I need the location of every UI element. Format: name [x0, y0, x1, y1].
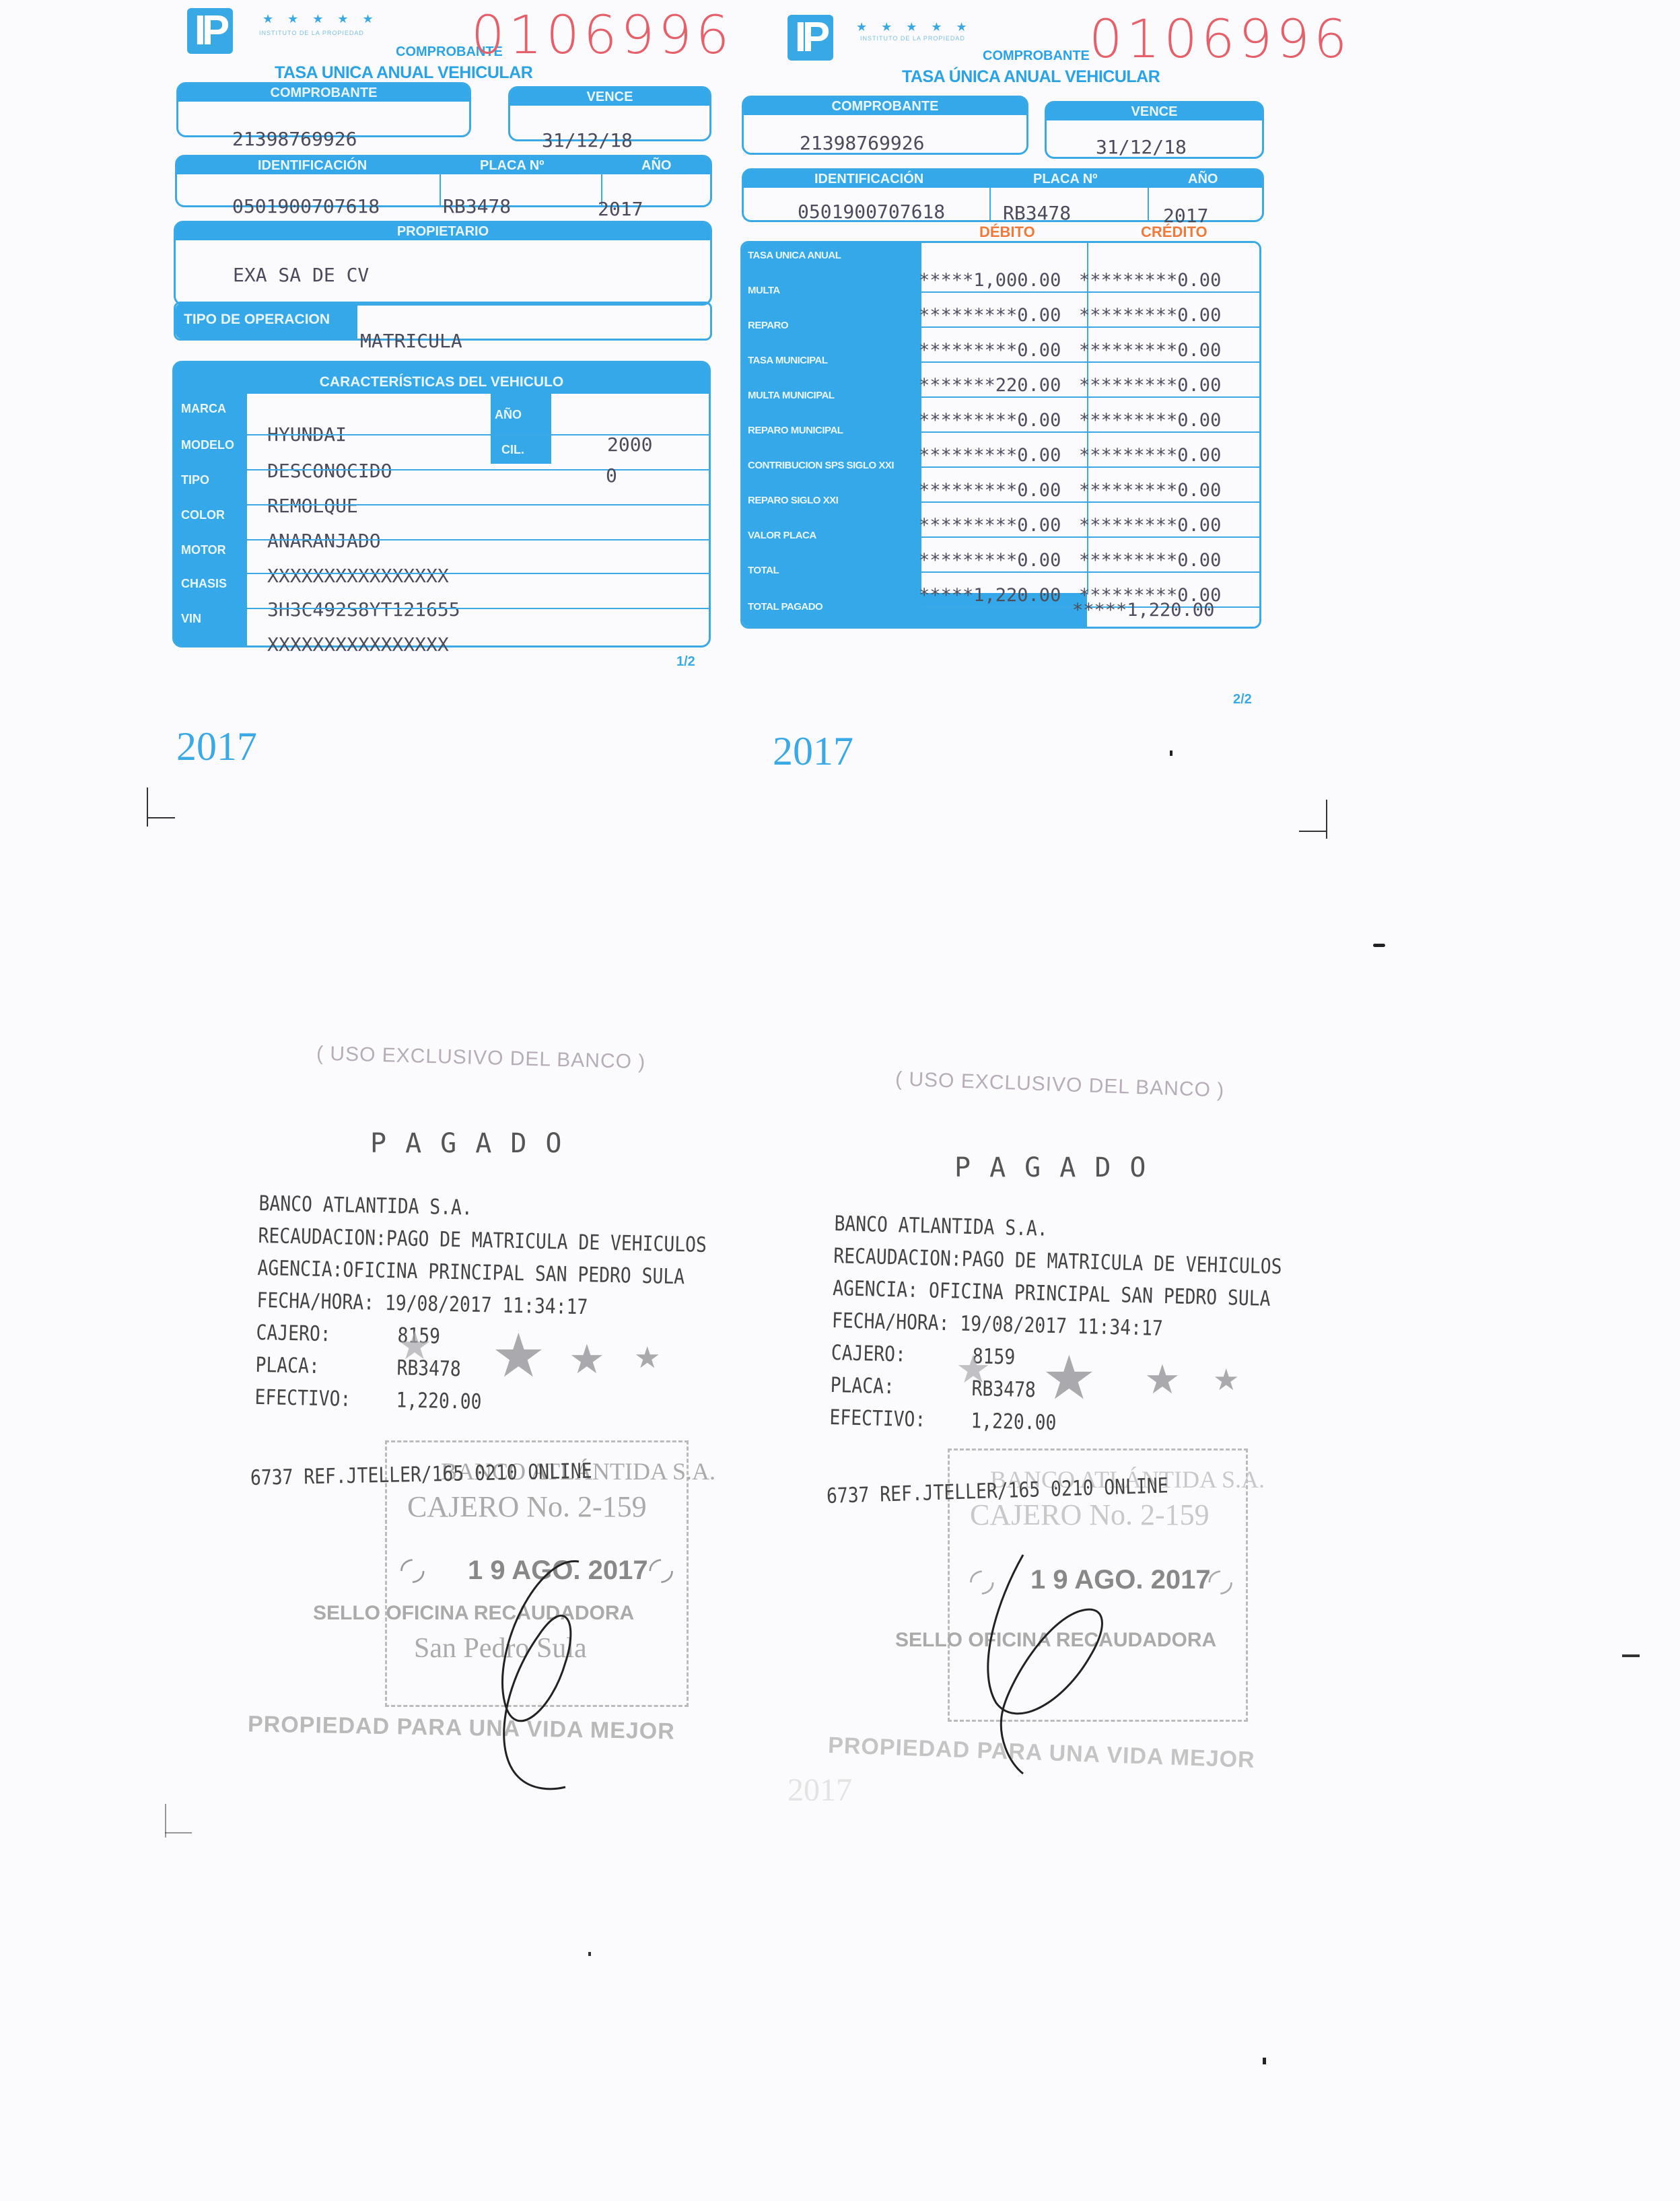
faded-year: 2017 [788, 1772, 852, 1809]
comprobante-box-label: COMPROBANTE [744, 98, 1026, 115]
fee-label: VALOR PLACA [748, 530, 816, 541]
placa-value: RB3478 [1003, 202, 1071, 224]
institution-stars-icon: ★ ★ ★ ★ ★ [262, 12, 379, 26]
fee-credito: *********0.00 [1079, 480, 1221, 501]
fee-credito: *********0.00 [1079, 410, 1221, 431]
fee-debito: *******220.00 [919, 375, 1061, 396]
stamp-cajero: CAJERO No. 2-159 [407, 1490, 647, 1524]
fee-debito: *********0.00 [919, 550, 1061, 571]
bank-field-label: CAJERO: [831, 1341, 906, 1367]
fee-debito: *********0.00 [919, 480, 1061, 501]
debito-header: DÉBITO [979, 223, 1035, 241]
tipo-operacion-label: TIPO DE OPERACION [184, 312, 330, 328]
form-title: TASA ÚNICA ANUAL VEHICULAR [902, 67, 1160, 87]
fee-label: CONTRIBUCION SPS SIGLO XXI [748, 460, 894, 471]
comprobante-value: 21398769926 [800, 132, 924, 154]
vence-value: 31/12/18 [1096, 136, 1187, 158]
comprobante-number: 0106996 [1089, 9, 1351, 70]
star-icon: ★ [1213, 1363, 1239, 1397]
institution-stars-icon: ★ ★ ★ ★ ★ [856, 20, 973, 34]
propietario-box: PROPIETARIO [174, 221, 712, 306]
fee-debito: *********0.00 [919, 515, 1061, 536]
comprobante-box-label: COMPROBANTE [178, 84, 469, 102]
caracteristicas-title: CARACTERÍSTICAS DEL VEHICULO [174, 363, 709, 394]
fee-label: TOTAL [748, 565, 779, 576]
fee-label: TASA UNICA ANUAL [748, 250, 841, 261]
char-label-marca: MARCA [174, 402, 250, 416]
page-number: 2/2 [1233, 692, 1252, 707]
stamp-logo-icon: ◜◞ [400, 1550, 425, 1586]
bank-line: FECHA/HORA: 19/08/2017 11:34:17 [256, 1288, 588, 1319]
total-pagado-label: TOTAL PAGADO [748, 601, 823, 613]
star-icon: ★ [634, 1341, 660, 1375]
signature [969, 1548, 1144, 1777]
propietario-value: EXA SA DE CV [233, 264, 369, 286]
ano-value: 2000 [607, 433, 652, 456]
fee-label: REPARO MUNICIPAL [748, 425, 843, 436]
ano-label: AÑO [495, 408, 522, 422]
row-divider [921, 361, 1259, 363]
form-title: TASA UNICA ANUAL VEHICULAR [275, 63, 532, 83]
total-pagado-value: *****1,220.00 [1072, 600, 1214, 621]
placa-label: PLACA Nº [480, 157, 544, 174]
institution-name: INSTITUTO DE LA PROPIEDAD [259, 30, 364, 36]
crop-mark [1326, 800, 1327, 839]
tipo-operacion-value: MATRICULA [360, 330, 462, 352]
fee-debito: *********0.00 [919, 305, 1061, 326]
star-icon: ★ [1144, 1356, 1181, 1403]
crop-mark [1299, 831, 1327, 832]
uso-exclusivo-label: ( USO EXCLUSIVO DEL BANCO ) [895, 1068, 1225, 1102]
propietario-label: PROPIETARIO [176, 223, 710, 240]
bank-line: BANCO ATLANTIDA S.A. [834, 1212, 1048, 1241]
fee-credito: *********0.00 [1079, 270, 1221, 291]
anio-label: AÑO [1188, 170, 1218, 188]
char-value: ANARANJADO [267, 530, 381, 552]
anio-label: AÑO [641, 157, 671, 174]
char-label-modelo: MODELO [174, 438, 250, 452]
comprobante-number: 0106996 [471, 5, 733, 66]
fee-credito: *********0.00 [1079, 375, 1221, 396]
pagado-stamp: PAGADO [954, 1152, 1165, 1183]
scan-speck [1263, 2058, 1266, 2064]
tipo-operacion-label-bg: TIPO DE OPERACION [176, 304, 357, 339]
bank-line: RECAUDACION:PAGO DE MATRICULA DE VEHICUL… [258, 1224, 707, 1257]
fee-credito: *********0.00 [1079, 515, 1221, 536]
scan-speck [1622, 1654, 1640, 1657]
credito-header: CRÉDITO [1141, 223, 1207, 241]
char-value: REMOLQUE [267, 495, 358, 517]
divider [989, 188, 991, 220]
char-label-tipo: TIPO [174, 473, 250, 487]
identificacion-label: IDENTIFICACIÓN [258, 157, 367, 174]
char-label-color: COLOR [174, 508, 250, 522]
cil-value: 0 [606, 464, 617, 487]
signature [464, 1548, 639, 1797]
star-icon: ★ [1042, 1343, 1096, 1413]
vence-box-label: VENCE [510, 88, 709, 106]
identificacion-label: IDENTIFICACIÓN [814, 170, 923, 188]
placa-value: RB3478 [443, 195, 511, 217]
crop-mark [165, 1832, 192, 1833]
row-divider [921, 501, 1259, 503]
fee-label: REPARO SIGLO XXI [748, 495, 838, 506]
bank-field-label: PLACA: [255, 1353, 320, 1378]
identificacion-header: IDENTIFICACIÓN PLACA Nº AÑO [177, 157, 710, 174]
scan-speck [588, 1952, 591, 1956]
row-divider [247, 573, 709, 574]
placa-label: PLACA Nº [1033, 170, 1097, 188]
fee-table: TASA UNICA ANUAL*****1,000.00*********0.… [740, 241, 1261, 629]
fee-label: MULTA MUNICIPAL [748, 390, 835, 401]
ip-logo: IP [788, 15, 833, 61]
ip-logo: IP [187, 8, 233, 54]
bank-line: AGENCIA: OFICINA PRINCIPAL SAN PEDRO SUL… [833, 1276, 1271, 1311]
caracteristicas-box: CARACTERÍSTICAS DEL VEHICULO MARCAHYUNDA… [172, 361, 711, 648]
row-divider [247, 504, 709, 505]
star-icon: ★ [956, 1346, 991, 1392]
page-number: 1/2 [676, 654, 695, 670]
year-watermark: 2017 [773, 728, 853, 775]
identificacion-header: IDENTIFICACIÓN PLACA Nº AÑO [744, 170, 1262, 188]
bank-line: BANCO ATLANTIDA S.A. [258, 1191, 473, 1220]
year-watermark: 2017 [176, 724, 257, 770]
fee-debito: *********0.00 [919, 410, 1061, 431]
row-divider [921, 291, 1259, 293]
fee-debito: *****1,220.00 [919, 585, 1061, 606]
crop-mark [147, 788, 148, 827]
divider [440, 174, 441, 205]
bank-field-label: PLACA: [830, 1373, 895, 1399]
identificacion-value: 0501900707618 [232, 195, 380, 217]
vence-value: 31/12/18 [542, 129, 633, 151]
fee-credito: *********0.00 [1079, 445, 1221, 466]
row-divider [921, 571, 1259, 573]
crop-mark [147, 817, 175, 818]
anio-value: 2017 [598, 198, 643, 220]
star-icon: ★ [397, 1323, 432, 1368]
stamp-logo-icon: ◜◞ [1208, 1562, 1232, 1598]
char-label-chasis: CHASIS [174, 577, 250, 591]
char-value: XXXXXXXXXXXXXXXX [267, 633, 449, 656]
char-label-vin: VIN [174, 612, 250, 626]
row-divider [921, 326, 1259, 328]
bank-line: FECHA/HORA: 19/08/2017 11:34:17 [832, 1308, 1164, 1341]
star-icon: ★ [491, 1321, 546, 1391]
fee-credito: *********0.00 [1079, 550, 1221, 571]
bank-line: AGENCIA:OFICINA PRINCIPAL SAN PEDRO SULA [257, 1256, 685, 1289]
fee-debito: *****1,000.00 [919, 270, 1061, 291]
row-divider [247, 469, 709, 470]
char-value: DESCONOCIDO [267, 460, 392, 482]
char-value: 3H3C492S8YT121655 [267, 598, 460, 621]
fee-label: REPARO [748, 320, 788, 331]
row-divider [921, 396, 1259, 398]
row-divider [247, 539, 709, 540]
cil-label: CIL. [501, 443, 524, 457]
divider [1148, 188, 1149, 220]
scan-speck [1373, 944, 1385, 947]
bank-field-label: EFECTIVO: [829, 1405, 926, 1432]
row-divider [921, 466, 1259, 468]
comprobante-value: 21398769926 [232, 128, 357, 150]
bank-field-label: CAJERO: [256, 1321, 331, 1346]
identificacion-value: 0501900707618 [798, 201, 945, 223]
bank-field-label: EFECTIVO: [254, 1385, 351, 1411]
char-value: XXXXXXXXXXXXXXXX [267, 565, 449, 587]
char-label-motor: MOTOR [174, 543, 250, 557]
fee-credito: *********0.00 [1079, 340, 1221, 361]
pagado-stamp: PAGADO [370, 1128, 581, 1159]
bank-field-value: 1,220.00 [396, 1388, 482, 1414]
institution-name: INSTITUTO DE LA PROPIEDAD [860, 35, 965, 42]
fee-debito: *********0.00 [919, 445, 1061, 466]
scan-speck [1170, 750, 1172, 756]
uso-exclusivo-label: ( USO EXCLUSIVO DEL BANCO ) [316, 1043, 646, 1074]
fee-label: MULTA [748, 285, 780, 296]
fee-credito: *********0.00 [1079, 305, 1221, 326]
row-divider [921, 536, 1259, 538]
bank-line: RECAUDACION:PAGO DE MATRICULA DE VEHICUL… [833, 1244, 1282, 1279]
stamp-logo-icon: ◜◞ [649, 1550, 673, 1586]
fee-label: TASA MUNICIPAL [748, 355, 828, 366]
vence-box-label: VENCE [1047, 103, 1262, 120]
fee-debito: *********0.00 [919, 340, 1061, 361]
comprobante-label: COMPROBANTE [983, 48, 1090, 64]
star-icon: ★ [569, 1336, 605, 1383]
row-divider [921, 431, 1259, 433]
row-divider [247, 608, 709, 609]
